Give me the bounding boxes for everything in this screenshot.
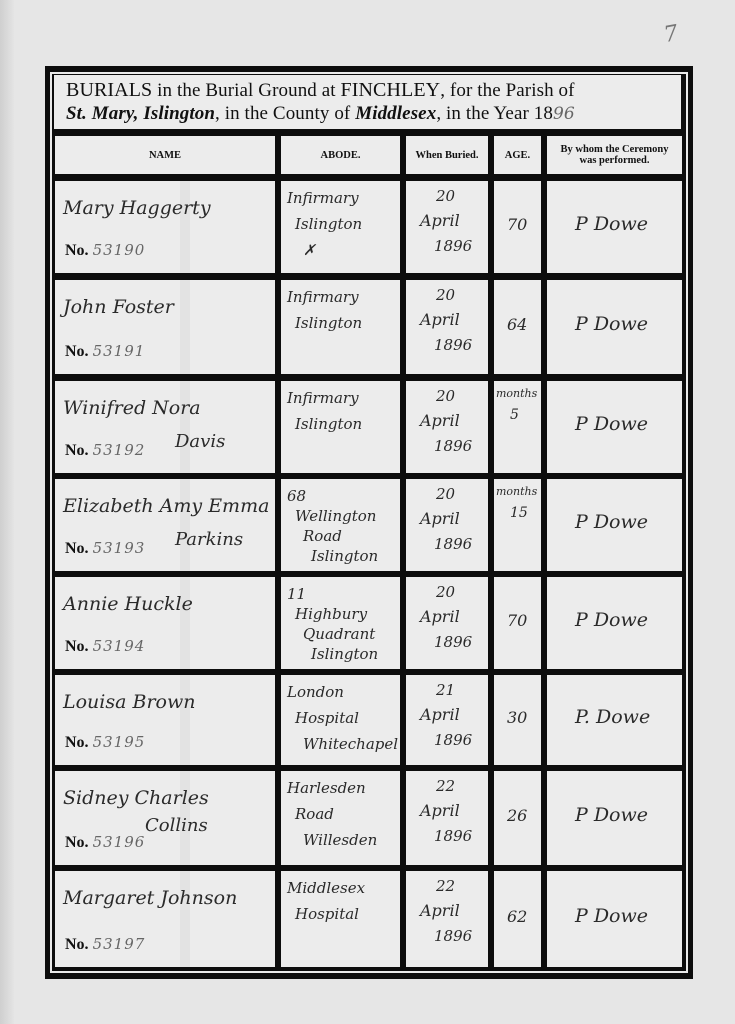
entry-age: 5 xyxy=(510,407,519,423)
entry-name-cell: Louisa BrownNo. 53195 xyxy=(55,675,275,765)
entry-abode-line: London xyxy=(287,683,344,701)
title-text: , in the County of xyxy=(215,103,355,124)
page-number: 7 xyxy=(662,21,680,48)
entry-age-cell: 62 xyxy=(494,871,541,967)
entry-age: 70 xyxy=(507,215,527,234)
entry-surname: Parkins xyxy=(175,529,243,550)
entry-abode-line: Willesden xyxy=(303,831,377,849)
no-label-text: No. xyxy=(65,442,89,459)
entry-abode-cell: InfirmaryIslington✗ xyxy=(281,181,400,273)
entry-number: 53196 xyxy=(93,833,146,851)
entry-age-cell: months5 xyxy=(494,381,541,473)
entry-name: Louisa Brown xyxy=(63,691,195,713)
burial-year: 1896 xyxy=(434,437,472,455)
entry-number: 53192 xyxy=(93,441,146,459)
burial-year: 1896 xyxy=(434,237,472,255)
burial-year: 1896 xyxy=(434,827,472,845)
entry-abode-cell: HarlesdenRoadWillesden xyxy=(281,771,400,865)
title-line-2: St. Mary, Islington, in the County of Mi… xyxy=(66,102,681,126)
entry-age-cell: 64 xyxy=(494,280,541,374)
faint-ruling xyxy=(180,871,190,967)
entry-abode-line: ✗ xyxy=(303,241,316,259)
entry-officiant: P Dowe xyxy=(575,413,648,435)
title-place: FINCHLEY xyxy=(341,79,441,101)
entry-number-label: No. 53197 xyxy=(65,935,145,954)
entry-abode-cell: LondonHospitalWhitechapel xyxy=(281,675,400,765)
entry-number-label: No. 53193 xyxy=(65,539,145,558)
entry-ceremony-cell: P Dowe xyxy=(547,871,682,967)
entry-age-cell: 70 xyxy=(494,181,541,273)
title-text: , for the Parish of xyxy=(440,80,574,101)
entry-age-cell: 70 xyxy=(494,577,541,669)
entry-name-cell: Sidney CharlesCollinsNo. 53196 xyxy=(55,771,275,865)
entry-age: 26 xyxy=(507,806,527,825)
entry-abode-line: Highbury xyxy=(295,605,367,623)
entry-abode-cell: InfirmaryIslington xyxy=(281,381,400,473)
burial-month: April xyxy=(420,801,460,820)
burial-day: 22 xyxy=(436,877,455,895)
entry-age-cell: 26 xyxy=(494,771,541,865)
burial-month: April xyxy=(420,901,460,920)
faint-ruling xyxy=(180,675,190,765)
column-header-abode: ABODE. xyxy=(281,136,400,174)
burial-year: 1896 xyxy=(434,336,472,354)
title-year-handwritten: 96 xyxy=(553,104,575,124)
entry-abode-cell: InfirmaryIslington xyxy=(281,280,400,374)
burial-month: April xyxy=(420,705,460,724)
entry-ceremony-cell: P Dowe xyxy=(547,181,682,273)
entry-abode-line: 11 xyxy=(287,585,306,603)
faint-ruling xyxy=(180,280,190,374)
burial-year: 1896 xyxy=(434,927,472,945)
entry-abode-line: Islington xyxy=(311,645,378,663)
burial-year: 1896 xyxy=(434,731,472,749)
entry-abode-line: Whitechapel xyxy=(303,735,398,753)
entry-name-cell: Mary HaggertyNo. 53190 xyxy=(55,181,275,273)
entry-abode-line: Quadrant xyxy=(303,625,375,643)
entry-number: 53193 xyxy=(93,539,146,557)
entry-surname: Davis xyxy=(175,431,225,452)
entry-name-cell: Margaret JohnsonNo. 53197 xyxy=(55,871,275,967)
entry-when-buried-cell: 22April1896 xyxy=(406,771,488,865)
entry-officiant: P. Dowe xyxy=(575,706,650,728)
entry-abode-line: Infirmary xyxy=(287,288,359,306)
entry-name: Mary Haggerty xyxy=(63,197,211,219)
entry-name-cell: Elizabeth Amy EmmaParkinsNo. 53193 xyxy=(55,479,275,571)
entry-when-buried-cell: 21April1896 xyxy=(406,675,488,765)
entry-number-label: No. 53191 xyxy=(65,342,145,361)
title-parish: St. Mary, Islington xyxy=(66,103,215,124)
faint-ruling xyxy=(180,479,190,571)
entry-surname: Collins xyxy=(145,815,208,836)
entry-abode-line: Infirmary xyxy=(287,389,359,407)
entry-ceremony-cell: P Dowe xyxy=(547,381,682,473)
entry-ceremony-cell: P. Dowe xyxy=(547,675,682,765)
faint-ruling xyxy=(180,381,190,473)
entry-name-cell: Annie HuckleNo. 53194 xyxy=(55,577,275,669)
burial-month: April xyxy=(420,607,460,626)
entry-name-cell: John FosterNo. 53191 xyxy=(55,280,275,374)
entry-ceremony-cell: P Dowe xyxy=(547,479,682,571)
faint-ruling xyxy=(180,181,190,273)
burial-day: 20 xyxy=(436,286,455,304)
entry-abode-line: Harlesden xyxy=(287,779,366,797)
column-header-age: AGE. xyxy=(494,136,541,174)
entry-ceremony-cell: P Dowe xyxy=(547,280,682,374)
entry-age: 70 xyxy=(507,611,527,630)
entry-when-buried-cell: 20April1896 xyxy=(406,381,488,473)
entry-abode-cell: MiddlesexHospital xyxy=(281,871,400,967)
entry-number-label: No. 53194 xyxy=(65,637,145,656)
entry-abode-line: Wellington xyxy=(295,507,376,525)
entry-number-label: No. 53196 xyxy=(65,833,145,852)
entry-number: 53190 xyxy=(93,241,146,259)
entry-age: 62 xyxy=(507,907,527,926)
entry-abode-line: Islington xyxy=(295,215,362,233)
entry-number-label: No. 53195 xyxy=(65,733,145,752)
burial-day: 20 xyxy=(436,485,455,503)
entry-age: 30 xyxy=(507,708,527,727)
burial-day: 20 xyxy=(436,583,455,601)
entry-abode-line: Middlesex xyxy=(287,879,365,897)
entry-abode-line: Hospital xyxy=(295,905,359,923)
entry-age-cell: 30 xyxy=(494,675,541,765)
faint-ruling xyxy=(180,577,190,669)
title-burials: BURIALS xyxy=(66,79,152,101)
column-header-when-buried: When Buried. xyxy=(406,136,488,174)
burial-month: April xyxy=(420,509,460,528)
no-label-text: No. xyxy=(65,936,89,953)
age-unit: months xyxy=(496,387,537,400)
title-line-1: BURIALS in the Burial Ground at FINCHLEY… xyxy=(66,79,681,102)
entry-officiant: P Dowe xyxy=(575,511,648,533)
entry-number: 53191 xyxy=(93,342,146,360)
entry-officiant: P Dowe xyxy=(575,609,648,631)
burial-day: 22 xyxy=(436,777,455,795)
entry-number-label: No. 53190 xyxy=(65,241,145,260)
entry-when-buried-cell: 20April1896 xyxy=(406,577,488,669)
entry-name: Annie Huckle xyxy=(63,593,193,615)
no-label-text: No. xyxy=(65,343,89,360)
entry-abode-line: Infirmary xyxy=(287,189,359,207)
entry-when-buried-cell: 22April1896 xyxy=(406,871,488,967)
column-header-ceremony: By whom the Ceremony was performed. xyxy=(547,136,682,174)
burial-day: 20 xyxy=(436,387,455,405)
entry-abode-line: Islington xyxy=(295,314,362,332)
burial-day: 20 xyxy=(436,187,455,205)
entry-when-buried-cell: 20April1896 xyxy=(406,181,488,273)
entry-name: Margaret Johnson xyxy=(63,887,237,909)
burial-month: April xyxy=(420,310,460,329)
entry-officiant: P Dowe xyxy=(575,213,648,235)
register-title: BURIALS in the Burial Ground at FINCHLEY… xyxy=(54,75,681,129)
entry-officiant: P Dowe xyxy=(575,905,648,927)
no-label-text: No. xyxy=(65,834,89,851)
burial-year: 1896 xyxy=(434,535,472,553)
entry-when-buried-cell: 20April1896 xyxy=(406,280,488,374)
entry-abode-line: Islington xyxy=(295,415,362,433)
no-label-text: No. xyxy=(65,540,89,557)
entry-name: Sidney Charles xyxy=(63,787,209,809)
entry-age: 15 xyxy=(510,505,528,521)
burial-day: 21 xyxy=(436,681,455,699)
entry-name: Winifred Nora xyxy=(63,397,201,419)
entry-when-buried-cell: 20April1896 xyxy=(406,479,488,571)
entry-officiant: P Dowe xyxy=(575,804,648,826)
entry-age-cell: months15 xyxy=(494,479,541,571)
entry-number-label: No. 53192 xyxy=(65,441,145,460)
entry-officiant: P Dowe xyxy=(575,313,648,335)
entry-name: John Foster xyxy=(63,296,174,318)
entry-abode-line: 68 xyxy=(287,487,306,505)
entry-name-cell: Winifred NoraDavisNo. 53192 xyxy=(55,381,275,473)
burial-month: April xyxy=(420,211,460,230)
burial-year: 1896 xyxy=(434,633,472,651)
entry-abode-line: Islington xyxy=(311,547,378,565)
entry-ceremony-cell: P Dowe xyxy=(547,771,682,865)
entry-abode-line: Road xyxy=(295,805,334,823)
entry-number: 53195 xyxy=(93,733,146,751)
entry-number: 53197 xyxy=(93,935,146,953)
page-binding-edge xyxy=(0,0,14,1024)
title-text: in the Burial Ground at xyxy=(152,80,340,101)
entry-abode-line: Hospital xyxy=(295,709,359,727)
burial-month: April xyxy=(420,411,460,430)
title-county: Middlesex xyxy=(355,103,436,124)
no-label-text: No. xyxy=(65,242,89,259)
entry-abode-line: Road xyxy=(303,527,342,545)
entry-abode-cell: 11HighburyQuadrantIslington xyxy=(281,577,400,669)
no-label-text: No. xyxy=(65,734,89,751)
no-label-text: No. xyxy=(65,638,89,655)
entry-ceremony-cell: P Dowe xyxy=(547,577,682,669)
entry-abode-cell: 68WellingtonRoadIslington xyxy=(281,479,400,571)
age-unit: months xyxy=(496,485,537,498)
title-text: , in the Year 18 xyxy=(436,103,553,124)
column-header-name: NAME xyxy=(55,136,275,174)
entry-name: Elizabeth Amy Emma xyxy=(63,495,269,517)
entry-number: 53194 xyxy=(93,637,146,655)
entry-age: 64 xyxy=(507,315,527,334)
